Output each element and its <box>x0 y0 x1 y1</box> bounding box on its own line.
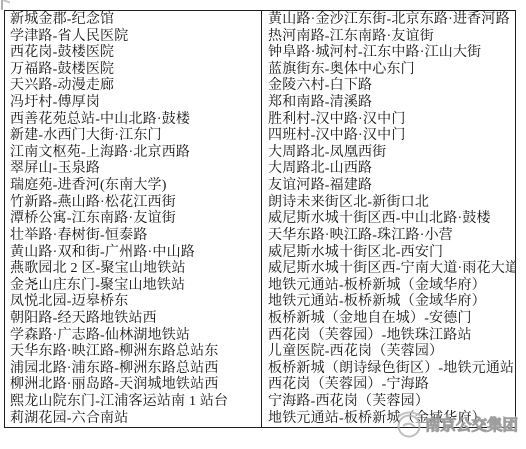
route-item: 金陵六村-白下路 <box>268 78 515 95</box>
route-item: 蓝旗街东-奥体中心东门 <box>268 62 515 79</box>
routes-column-right: 黄山路·金沙江东街-北京东路·进香河路热河南路-江东南路·友谊街钟阜路·城河村-… <box>262 11 515 427</box>
route-item: 熙龙山院东门-江浦客运站南 1 站台 <box>10 394 261 411</box>
route-item: 友谊河路-福建路 <box>268 178 515 195</box>
route-item: 潭桥公寓-江东南路·友谊街 <box>10 211 261 228</box>
route-item: 威尼斯水城十街区北-西安门 <box>268 245 515 262</box>
route-item: 柳洲北路·丽岛路-天润城地铁站西 <box>10 377 261 394</box>
route-item: 西花岗（芙蓉园）-地铁珠江路站 <box>268 328 515 345</box>
route-item: 地铁元通站-板桥新城（金域华府） <box>268 294 515 311</box>
route-item: 天华东路·映江路-珠江路·小营 <box>268 228 515 245</box>
route-item: 新建-水西门大街·江东门 <box>10 128 261 145</box>
route-item: 威尼斯水城十街区西-宁南大道·雨花大道 <box>268 261 515 278</box>
route-item: 瑞庭苑-进香河(东南大学) <box>10 178 261 195</box>
route-item: 竹新路-燕山路·松花江西街 <box>10 195 261 212</box>
route-item: 板桥新城（金地自在城）-安德门 <box>268 311 515 328</box>
route-item: 浦园北路·浦东路-柳洲东路总站西 <box>10 361 261 378</box>
route-item: 西花岗（芙蓉园）-宁海路 <box>268 377 515 394</box>
route-item: 壮举路·春树街-恒泰路 <box>10 228 261 245</box>
route-item: 钟阜路·城河村-江东中路·江山大街 <box>268 45 515 62</box>
route-item: 地铁元通站-板桥新城（金域华府） <box>268 278 515 295</box>
route-item: 新城金郡-纪念馆 <box>10 12 261 29</box>
route-item: 宁海路-西花岗（芙蓉园） <box>268 394 515 411</box>
route-item: 燕歌园北 2 区-聚宝山地铁站 <box>10 261 261 278</box>
route-item: 黄山路·金沙江东街-北京东路·进香河路 <box>268 12 515 29</box>
route-item: 万福路-鼓楼医院 <box>10 62 261 79</box>
route-item: 金尧山庄东门-聚宝山地铁站 <box>10 278 261 295</box>
route-item: 冯圩村-傅厚岗 <box>10 95 261 112</box>
route-item: 黄山路·双和街-广州路·中山路 <box>10 245 261 262</box>
route-item: 威尼斯水城十街区西-中山北路·鼓楼 <box>268 211 515 228</box>
screenshot-root: 新城金郡-纪念馆学津路-省人民医院西花岗-鼓楼医院万福路-鼓楼医院天兴路-动漫走… <box>0 0 526 449</box>
route-item: 大周路北-山西路 <box>268 161 515 178</box>
routes-column-left: 新城金郡-纪念馆学津路-省人民医院西花岗-鼓楼医院万福路-鼓楼医院天兴路-动漫走… <box>5 11 262 427</box>
route-item: 朝阳路-经天路地铁站西 <box>10 311 261 328</box>
route-item: 江南文枢苑-上海路·北京西路 <box>10 145 261 162</box>
route-item: 天兴路-动漫走廊 <box>10 78 261 95</box>
bus-routes-table: 新城金郡-纪念馆学津路-省人民医院西花岗-鼓楼医院万福路-鼓楼医院天兴路-动漫走… <box>4 10 516 428</box>
route-item: 四班村-汉中路·汉中门 <box>268 128 515 145</box>
route-item: 朗诗未来街区北-新街口北 <box>268 195 515 212</box>
route-item: 地铁元通站-板桥新城（金域华府） <box>268 411 515 427</box>
route-item: 学森路·广志路-仙林湖地铁站 <box>10 328 261 345</box>
route-item: 西善花苑总站-中山北路·鼓楼 <box>10 112 261 129</box>
route-item: 西花岗-鼓楼医院 <box>10 45 261 62</box>
route-item: 板桥新城（朗诗绿色街区）-地铁元通站 <box>268 361 515 378</box>
route-item: 胜利村-汉中路·汉中门 <box>268 112 515 129</box>
route-item: 热河南路-江东南路·友谊街 <box>268 29 515 46</box>
route-item: 凤悦北园-迈皋桥东 <box>10 294 261 311</box>
route-item: 大周路北-凤凰西街 <box>268 145 515 162</box>
route-item: 天华东路·映江路-柳洲东路总站东 <box>10 344 261 361</box>
route-item: 儿童医院-西花岗（芙蓉园） <box>268 344 515 361</box>
route-item: 莉湖花园-六合南站 <box>10 411 261 427</box>
route-item: 翠屏山-玉泉路 <box>10 161 261 178</box>
route-item: 郑和南路-清溪路 <box>268 95 515 112</box>
route-item: 学津路-省人民医院 <box>10 29 261 46</box>
